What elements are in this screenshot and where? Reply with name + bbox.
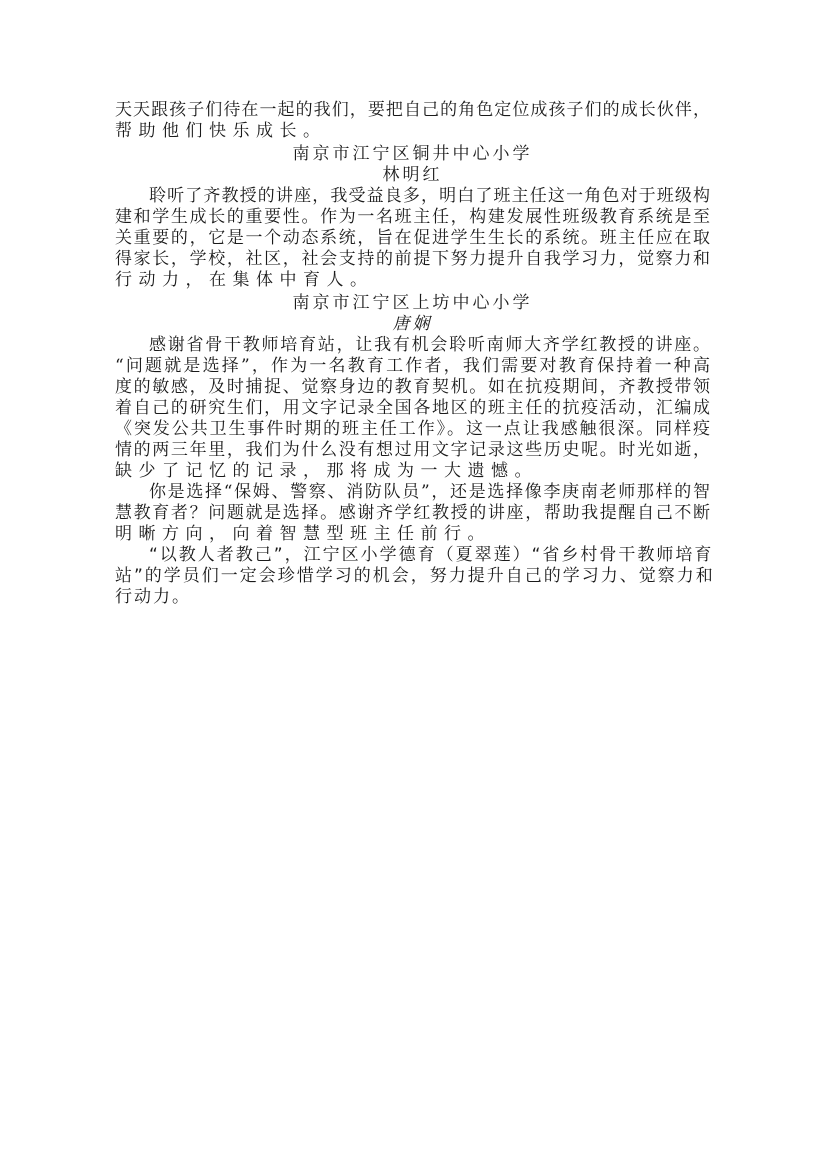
body-text-line: 行动力，在集体中育人。 bbox=[115, 270, 710, 290]
body-text-line: 关重要的，它是一个动态系统，旨在促进学生生长的系统。班主任应在取 bbox=[115, 228, 710, 248]
body-text-line: 着自己的研究生们，用文字记录全国各地区的班主任的抗疫活动，汇编成 bbox=[115, 398, 710, 418]
school-name: 南京市江宁区上坊中心小学 bbox=[115, 293, 710, 313]
body-text-line: 《突发公共卫生事件时期的班主任工作》。这一点让我感触很深。同样疫 bbox=[115, 419, 710, 439]
body-text-line: 情的两三年里，我们为什么没有想过用文字记录这些历史呢。时光如逝， bbox=[115, 440, 710, 460]
author-name: 唐娴 bbox=[115, 314, 710, 334]
body-text-line: 天天跟孩子们待在一起的我们，要把自己的角色定位成孩子们的成长伙伴， bbox=[115, 100, 710, 120]
closing-text-line: 站”的学员们一定会珍惜学习的机会，努力提升自己的学习力、觉察力和 bbox=[115, 566, 710, 586]
body-text-line: 明晰方向，向着智慧型班主任前行。 bbox=[115, 524, 710, 544]
body-text-line: 慧教育者？问题就是选择。感谢齐学红教授的讲座，帮助我提醒自己不断 bbox=[115, 503, 710, 523]
document-page: 天天跟孩子们待在一起的我们，要把自己的角色定位成孩子们的成长伙伴， 帮助他们快乐… bbox=[0, 0, 827, 1170]
body-text-line: “问题就是选择”，作为一名教育工作者，我们需要对教育保持着一种高 bbox=[115, 356, 710, 376]
body-text-line: 聆听了齐教授的讲座，我受益良多，明白了班主任这一角色对于班级构 bbox=[115, 186, 710, 206]
closing-text-line: “以教人者教己”，江宁区小学德育（夏翠莲）“省乡村骨干教师培育 bbox=[115, 545, 710, 565]
body-text-line: 度的敏感，及时捕捉、觉察身边的教育契机。如在抗疫期间，齐教授带领 bbox=[115, 377, 710, 397]
body-text-line: 建和学生成长的重要性。作为一名班主任，构建发展性班级教育系统是至 bbox=[115, 207, 710, 227]
body-text-line: 帮助他们快乐成长。 bbox=[115, 121, 710, 141]
author-name: 林明红 bbox=[115, 165, 710, 185]
body-text-line: 感谢省骨干教师培育站，让我有机会聆听南师大齐学红教授的讲座。 bbox=[115, 335, 710, 355]
school-name: 南京市江宁区铜井中心小学 bbox=[115, 144, 710, 164]
closing-text-line: 行动力。 bbox=[115, 587, 710, 607]
body-text-line: 你是选择“保姆、警察、消防队员”，还是选择像李庚南老师那样的智 bbox=[115, 482, 710, 502]
body-text-line: 得家长，学校，社区，社会支持的前提下努力提升自我学习力，觉察力和 bbox=[115, 249, 710, 269]
body-text-line: 缺少了记忆的记录，那将成为一大遗憾。 bbox=[115, 461, 710, 481]
